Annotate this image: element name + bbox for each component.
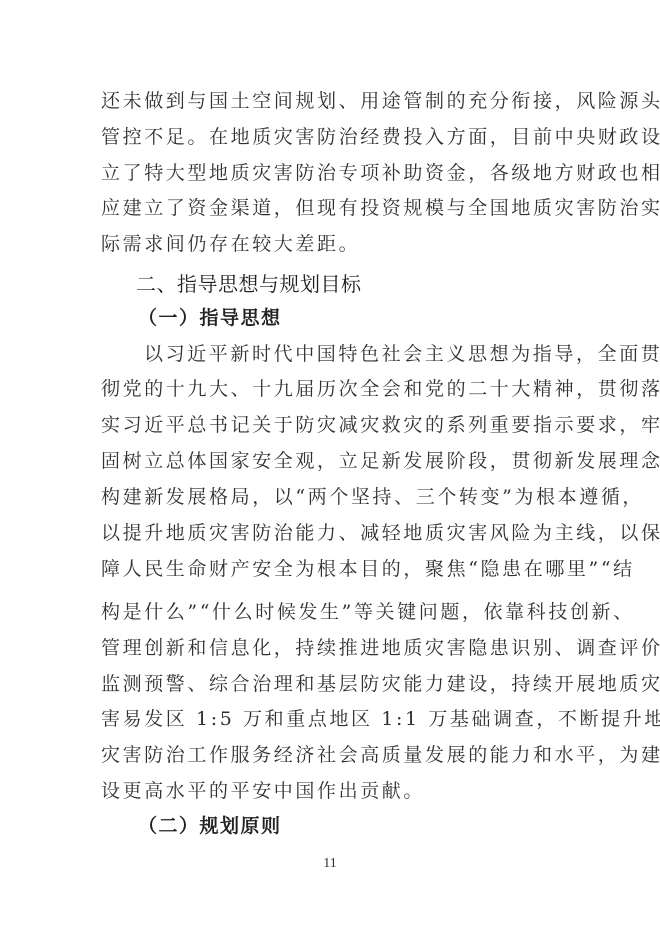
paragraph-line: 构建新发展格局，以“两个坚持、三个转变”为根本遵循， [101,484,644,510]
paragraph-line: 还未做到与国土空间规划、用途管制的充分衔接，风险源头 [101,88,660,114]
paragraph-line: 管控不足。在地质灾害防治经费投入方面，目前中央财政设 [101,124,660,150]
paragraph-line: 害易发区 1:5 万和重点地区 1:1 万基础调查，不断提升地质 [101,706,660,732]
paragraph-line: 障人民生命财产安全为根本目的，聚焦“隐患在哪里”“结 [101,556,635,582]
paragraph-line: 应建立了资金渠道，但现有投资规模与全国地质灾害防治实 [101,195,660,221]
paragraph-line: 灾害防治工作服务经济社会高质量发展的能力和水平，为建 [101,742,660,768]
paragraph-line: 实习近平总书记关于防灾减灾救灾的系列重要指示要求，牢 [101,412,660,438]
paragraph-line: 设更高水平的平安中国作出贡献。 [101,778,425,804]
paragraph-line: 以习近平新时代中国特色社会主义思想为指导，全面贯 [144,341,660,367]
paragraph-line: 监测预警、综合治理和基层防灾能力建设，持续开展地质灾 [101,671,660,697]
subsection-heading-planning-principles: （二）规划原则 [138,813,282,839]
document-page: 还未做到与国土空间规划、用途管制的充分衔接，风险源头 管控不足。在地质灾害防治经… [0,0,660,934]
page-number: 11 [0,856,660,872]
subsection-heading-guiding-ideology: （一）指导思想 [138,305,282,331]
paragraph-line: 管理创新和信息化，持续推进地质灾害隐患识别、调查评价、 [101,635,660,661]
paragraph-line: 以提升地质灾害防治能力、减轻地质灾害风险为主线，以保 [101,520,660,546]
section-heading: 二、指导思想与规划目标 [136,270,362,298]
paragraph-line: 固树立总体国家安全观，立足新发展阶段，贯彻新发展理念， [101,448,660,474]
paragraph-line: 际需求间仍存在较大差距。 [101,231,360,257]
paragraph-line: 构是什么”“什么时候发生”等关键问题，依靠科技创新、 [101,599,635,625]
paragraph-line: 彻党的十九大、十九届历次全会和党的二十大精神，贯彻落 [101,376,660,402]
paragraph-line: 立了特大型地质灾害防治专项补助资金，各级地方财政也相 [101,160,660,186]
